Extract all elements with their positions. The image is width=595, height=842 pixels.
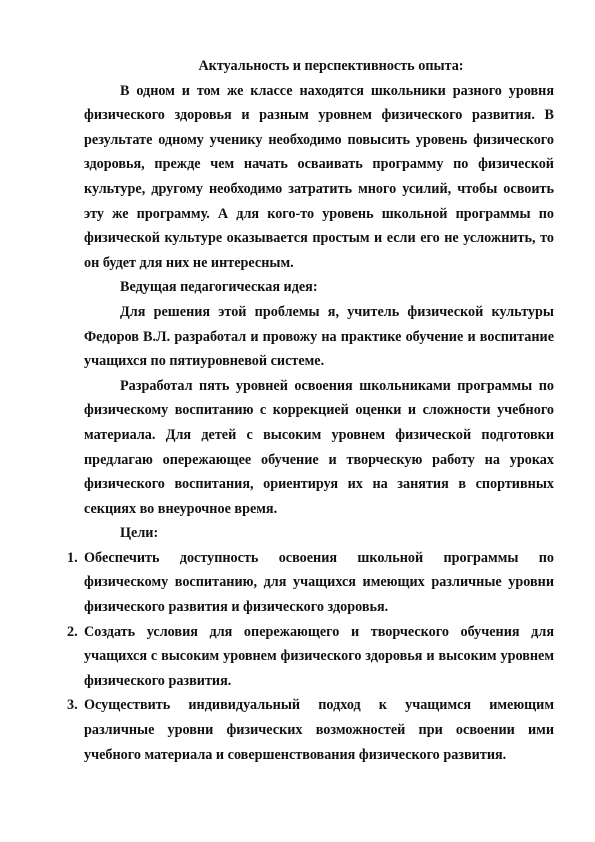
- paragraph-idea-2: Разработал пять уровней освоения школьни…: [84, 374, 554, 522]
- goal-item-3: 3. Осуществить индивидуальный подход к у…: [84, 693, 554, 767]
- goal-item-2: 2. Создать условия для опережающего и тв…: [84, 620, 554, 694]
- goal-number: 2.: [67, 620, 78, 645]
- title-text: Актуальность и перспективность опыта:: [198, 54, 463, 79]
- goal-number: 1.: [67, 546, 78, 571]
- document-title: Актуальность и перспективность опыта:: [84, 54, 554, 79]
- goal-text: Создать условия для опережающего и творч…: [84, 624, 554, 689]
- goal-item-1: 1. Обеспечить доступность освоения школь…: [84, 546, 554, 620]
- idea-heading: Ведущая педагогическая идея:: [84, 275, 554, 300]
- goal-number: 3.: [67, 693, 78, 718]
- goals-heading: Цели:: [84, 521, 554, 546]
- document-page: Актуальность и перспективность опыта: В …: [84, 54, 554, 767]
- paragraph-relevance: В одном и том же классе находятся школьн…: [84, 79, 554, 276]
- goal-text: Осуществить индивидуальный подход к учащ…: [84, 697, 554, 762]
- paragraph-idea-1: Для решения этой проблемы я, учитель физ…: [84, 300, 554, 374]
- goals-list: 1. Обеспечить доступность освоения школь…: [84, 546, 554, 767]
- goal-text: Обеспечить доступность освоения школьной…: [84, 550, 554, 615]
